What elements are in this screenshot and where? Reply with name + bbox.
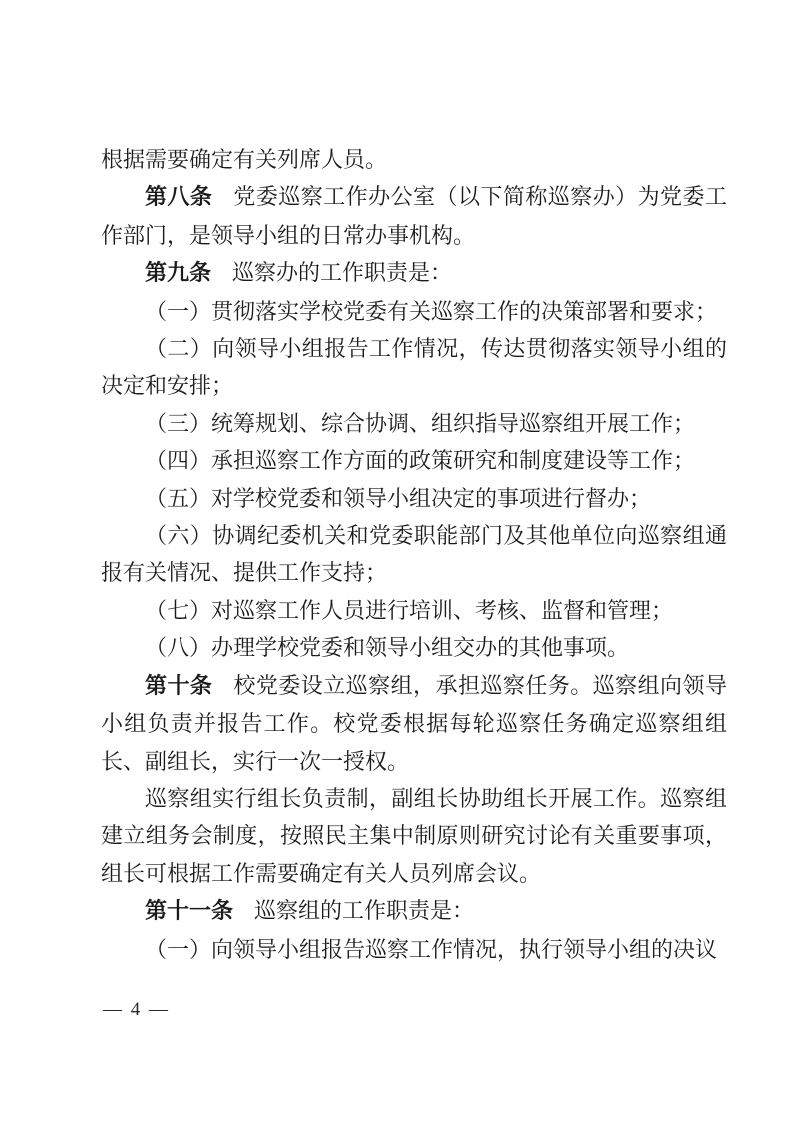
paragraph: （一）贯彻落实学校党委有关巡察工作的决策部署和要求； [101,293,727,330]
document-page: 根据需要确定有关列席人员。 第八条党委巡察工作办公室（以下简称巡察办）为党委工作… [0,0,793,1122]
paragraph-text: （一）贯彻落实学校党委有关巡察工作的决策部署和要求； [145,299,717,324]
paragraph-text: 巡察组的工作职责是： [254,898,474,923]
article-term: 第八条 [145,185,212,210]
paragraph-text: 巡察组实行组长负责制，副组长协助组长开展工作。巡察组建立组务会制度，按照民主集中… [101,786,727,886]
document-body: 根据需要确定有关列席人员。 第八条党委巡察工作办公室（以下简称巡察办）为党委工作… [101,141,727,968]
article-term: 第九条 [145,261,211,286]
paragraph: 第九条巡察办的工作职责是： [101,254,727,292]
paragraph-text: （八）办理学校党委和领导小组交办的其他事项。 [145,635,629,660]
paragraph-text: 根据需要确定有关列席人员。 [101,147,387,172]
paragraph: （七）对巡察工作人员进行培训、考核、监督和管理； [101,592,727,629]
paragraph: 第十一条巡察组的工作职责是： [101,892,727,930]
paragraph: （六）协调纪委机关和党委职能部门及其他单位向巡察组通报有关情况、提供工作支持； [101,517,727,592]
paragraph-text: （一）向领导小组报告巡察工作情况，执行领导小组的决议 [145,937,717,962]
paragraph: （五）对学校党委和领导小组决定的事项进行督办； [101,480,727,517]
paragraph-text: （五）对学校党委和领导小组决定的事项进行督办； [145,486,651,511]
paragraph: 第八条党委巡察工作办公室（以下简称巡察办）为党委工作部门，是领导小组的日常办事机… [101,178,727,254]
paragraph: （三）统筹规划、综合协调、组织指导巡察组开展工作； [101,405,727,442]
paragraph-text: （三）统筹规划、综合协调、组织指导巡察组开展工作； [145,411,695,436]
paragraph: 第十条校党委设立巡察组，承担巡察任务。巡察组向领导小组负责并报告工作。校党委根据… [101,667,727,780]
paragraph: （一）向领导小组报告巡察工作情况，执行领导小组的决议 [101,931,727,968]
paragraph: （二）向领导小组报告工作情况，传达贯彻落实领导小组的决定和安排； [101,330,727,405]
paragraph-text: 巡察办的工作职责是： [232,260,452,285]
article-term: 第十一条 [145,899,233,924]
paragraph-text: （六）协调纪委机关和党委职能部门及其他单位向巡察组通报有关情况、提供工作支持； [101,523,727,585]
paragraph: 巡察组实行组长负责制，副组长协助组长开展工作。巡察组建立组务会制度，按照民主集中… [101,780,727,892]
page-number: — 4 — [103,999,170,1020]
paragraph: （四）承担巡察工作方面的政策研究和制度建设等工作； [101,442,727,479]
paragraph-text: （二）向领导小组报告工作情况，传达贯彻落实领导小组的决定和安排； [101,336,727,398]
article-term: 第十条 [145,674,212,699]
paragraph: （八）办理学校党委和领导小组交办的其他事项。 [101,629,727,666]
paragraph-text: （七）对巡察工作人员进行培训、考核、监督和管理； [145,598,673,623]
page-footer: — 4 — [103,999,170,1021]
paragraph: 根据需要确定有关列席人员。 [101,141,727,178]
paragraph-text: （四）承担巡察工作方面的政策研究和制度建设等工作； [145,448,695,473]
